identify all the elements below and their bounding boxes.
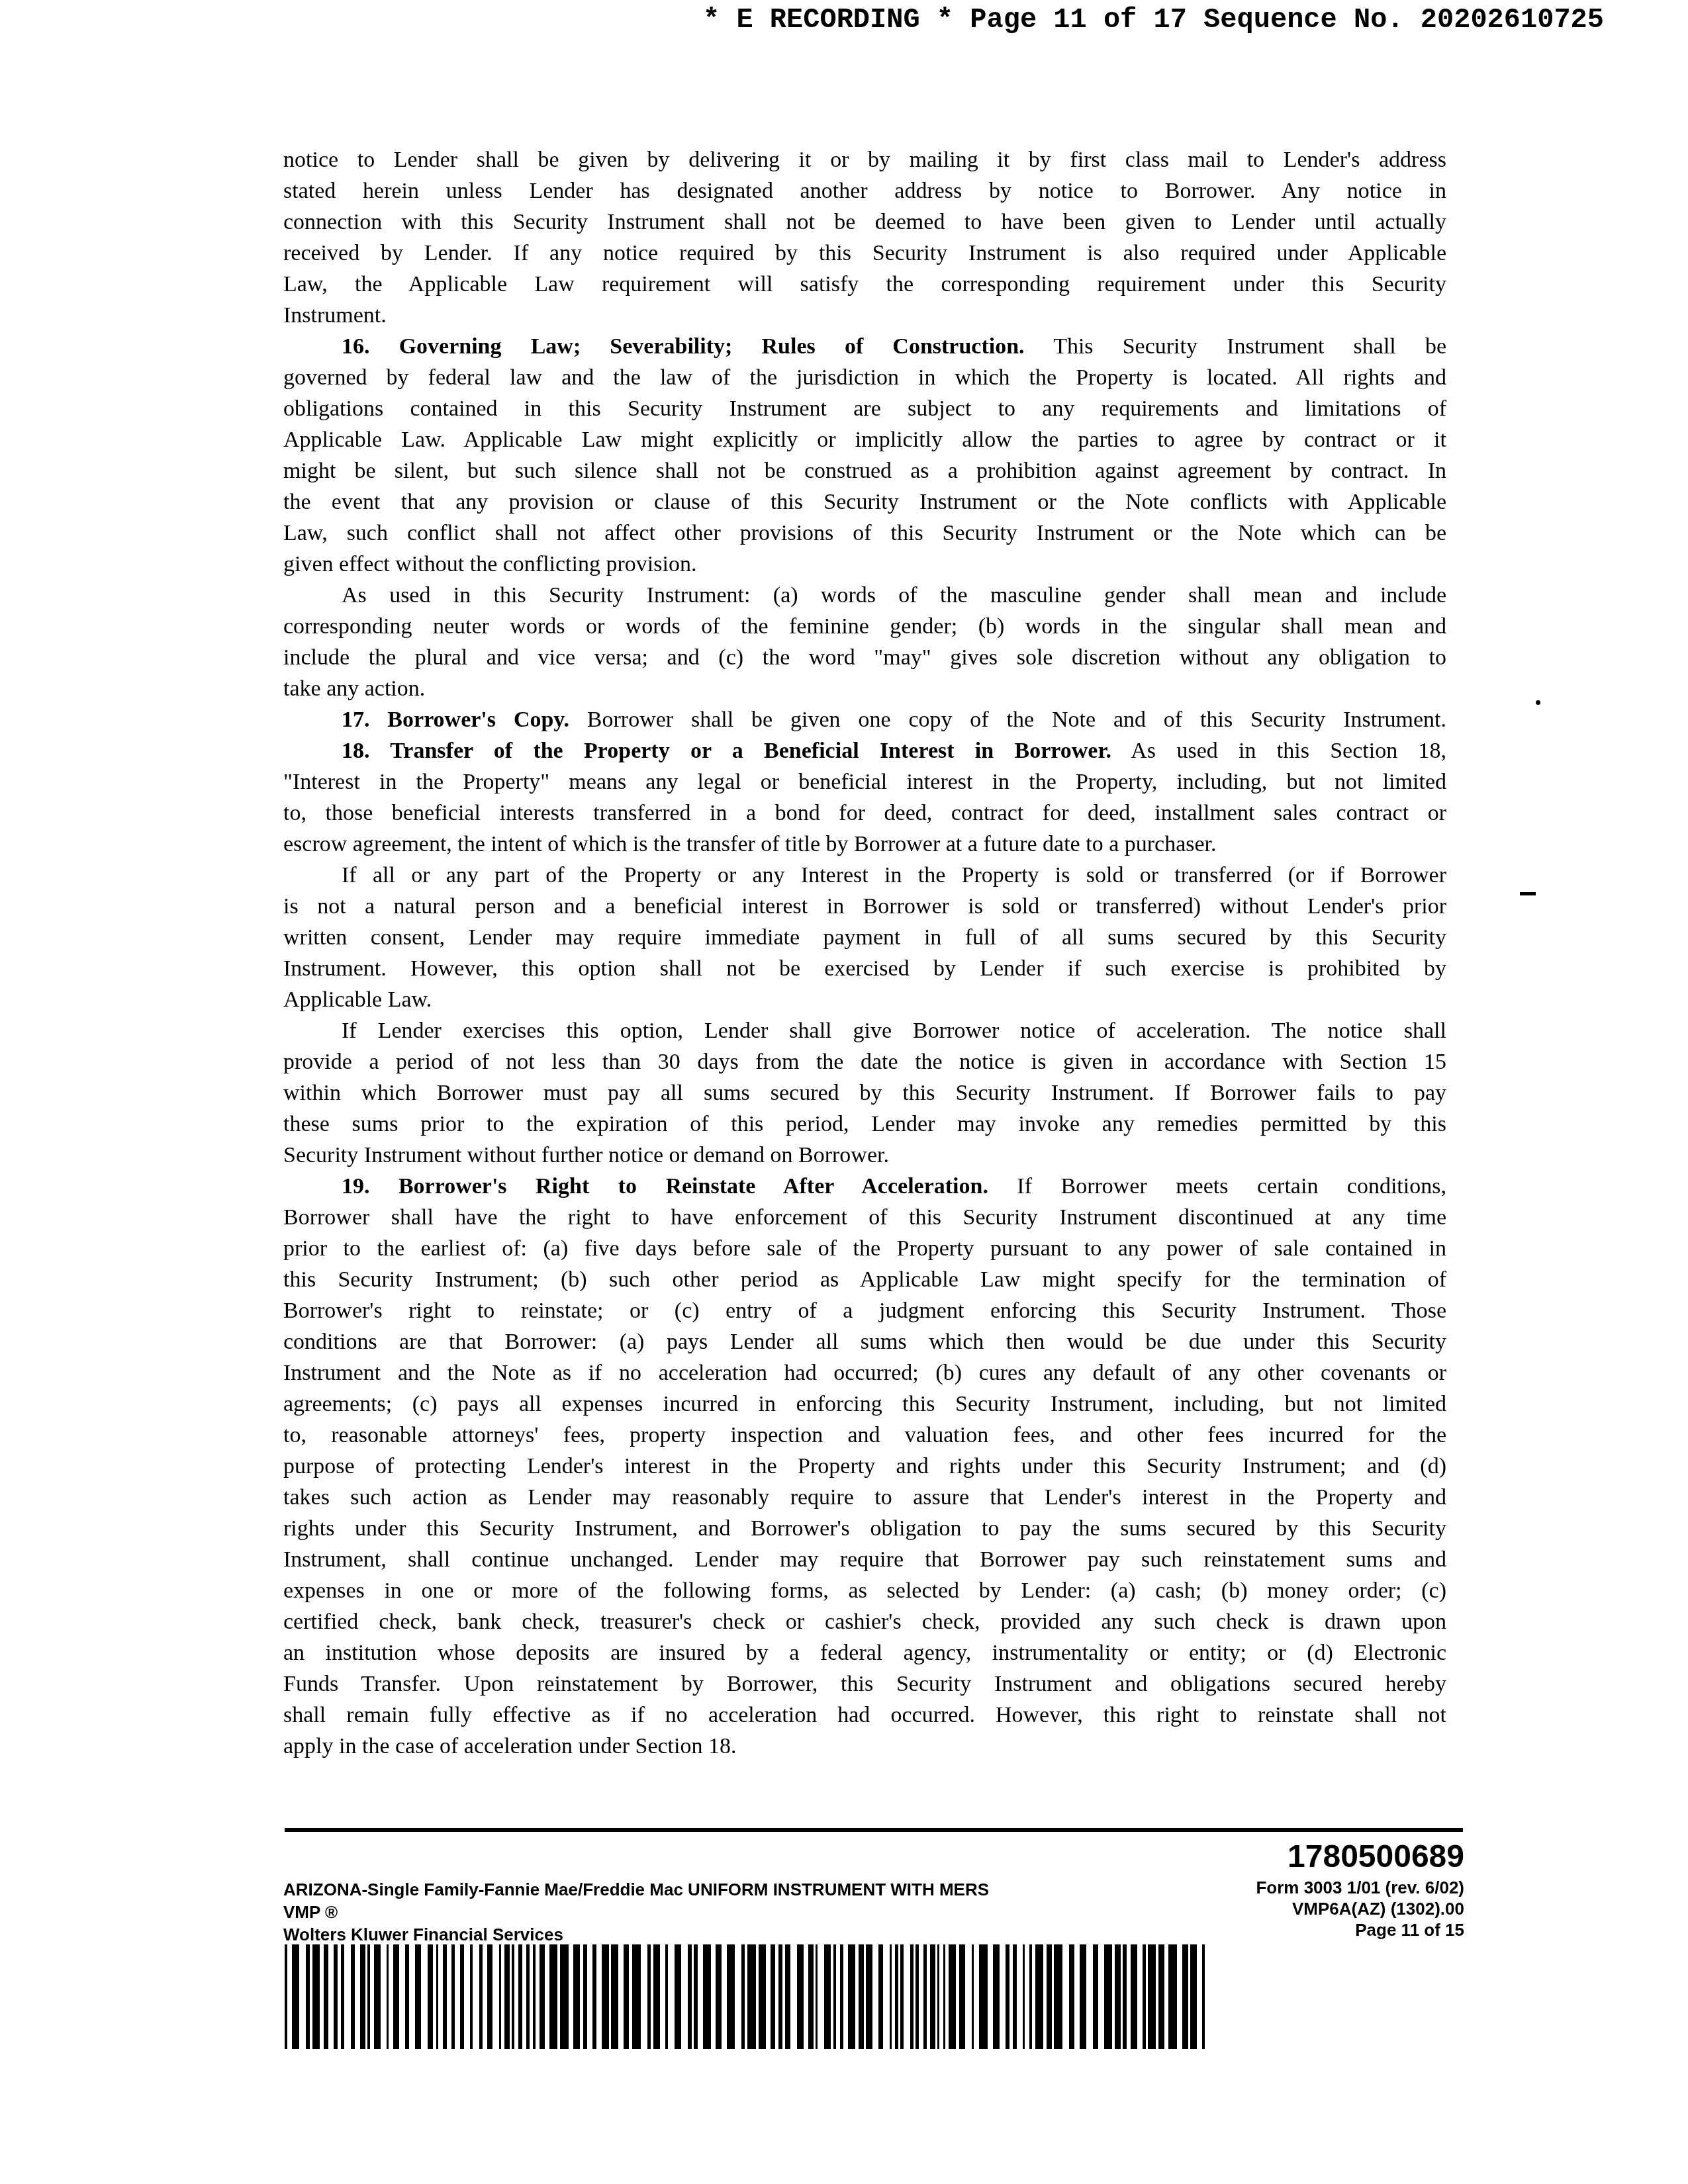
text-line: Security Instrument without further noti… bbox=[283, 1140, 1446, 1171]
barcode-bar bbox=[647, 1944, 651, 2049]
text-line: agreements; (c) pays all expenses incurr… bbox=[283, 1388, 1446, 1420]
barcode-bar bbox=[915, 1944, 919, 2049]
scan-speck-dot bbox=[1536, 700, 1540, 705]
text-line: As used in this Security Instrument: (a)… bbox=[283, 580, 1446, 611]
barcode-bar bbox=[1168, 1944, 1177, 2049]
barcode-bar bbox=[387, 1944, 389, 2049]
text-line: the event that any provision or clause o… bbox=[283, 486, 1446, 518]
barcode-bar bbox=[632, 1944, 641, 2049]
footer-vmp-label: VMP ® bbox=[283, 1901, 989, 1923]
barcode-bar bbox=[797, 1944, 804, 2049]
barcode-bar bbox=[451, 1944, 455, 2049]
barcode-bar bbox=[624, 1944, 629, 2049]
barcode-bar bbox=[716, 1944, 722, 2049]
text-line: Funds Transfer. Upon reinstatement by Bo… bbox=[283, 1668, 1446, 1700]
text-line: given effect without the conflicting pro… bbox=[283, 549, 1446, 580]
barcode-bar bbox=[1158, 1944, 1164, 2049]
text-run: prior to the earliest of: (a) five days … bbox=[283, 1236, 1446, 1261]
barcode-bar bbox=[479, 1944, 483, 2049]
text-line: stated herein unless Lender has designat… bbox=[283, 175, 1446, 206]
text-line: governed by federal law and the law of t… bbox=[283, 362, 1446, 393]
barcode-bar bbox=[665, 1944, 668, 2049]
barcode-bar bbox=[334, 1944, 338, 2049]
barcode-bar bbox=[688, 1944, 692, 2049]
text-run: expenses in one or more of the following… bbox=[283, 1578, 1446, 1603]
text-line: 16. Governing Law; Severability; Rules o… bbox=[283, 331, 1446, 362]
text-run: apply in the case of acceleration under … bbox=[283, 1734, 736, 1758]
barcode-bar bbox=[771, 1944, 775, 2049]
barcode-bar bbox=[747, 1944, 756, 2049]
barcode-bar bbox=[1069, 1944, 1074, 2049]
text-run: If Borrower meets certain conditions, bbox=[988, 1174, 1446, 1199]
text-run: takes such action as Lender may reasonab… bbox=[283, 1485, 1446, 1510]
text-run: Borrower's right to reinstate; or (c) en… bbox=[283, 1298, 1446, 1323]
text-line: 17. Borrower's Copy. Borrower shall be g… bbox=[283, 704, 1446, 735]
section-heading: 16. Governing Law; Severability; Rules o… bbox=[342, 334, 1025, 359]
barcode-bar bbox=[727, 1944, 735, 2049]
text-run: certified check, bank check, treasurer's… bbox=[283, 1610, 1446, 1634]
footer-form-number: Form 3003 1/01 (rev. 6/02) bbox=[1125, 1877, 1464, 1898]
footer-page-number: Page 11 of 15 bbox=[1125, 1919, 1464, 1940]
barcode-bar bbox=[312, 1944, 320, 2049]
text-run: Security Instrument without further noti… bbox=[283, 1143, 889, 1167]
text-line: escrow agreement, the intent of which is… bbox=[283, 829, 1446, 860]
text-run: Applicable Law. Applicable Law might exp… bbox=[283, 428, 1446, 452]
text-run: "Interest in the Property" means any leg… bbox=[283, 770, 1446, 794]
text-line: within which Borrower must pay all sums … bbox=[283, 1077, 1446, 1109]
barcode-bar bbox=[443, 1944, 447, 2049]
barcode-bar bbox=[993, 1944, 1000, 2049]
text-run: As used in this Security Instrument: (a)… bbox=[342, 583, 1446, 608]
barcode-bar bbox=[533, 1944, 536, 2049]
text-line: 18. Transfer of the Property or a Benefi… bbox=[283, 735, 1446, 766]
text-line: shall remain fully effective as if no ac… bbox=[283, 1700, 1446, 1731]
text-line: written consent, Lender may require imme… bbox=[283, 922, 1446, 953]
paragraph: 16. Governing Law; Severability; Rules o… bbox=[283, 331, 1446, 580]
text-line: takes such action as Lender may reasonab… bbox=[283, 1482, 1446, 1513]
paragraph: 18. Transfer of the Property or a Benefi… bbox=[283, 735, 1446, 860]
barcode-bar bbox=[1054, 1944, 1062, 2049]
barcode-bar bbox=[1047, 1944, 1052, 2049]
barcode-bar bbox=[1023, 1944, 1025, 2049]
text-run: governed by federal law and the law of t… bbox=[283, 365, 1446, 390]
document-page: * E RECORDING * Page 11 of 17 Sequence N… bbox=[0, 0, 1688, 2184]
barcode-bar bbox=[1190, 1944, 1197, 2049]
footer-left-block: ARIZONA-Single Family-Fannie Mae/Freddie… bbox=[283, 1878, 989, 1946]
text-run: conditions are that Borrower: (a) pays L… bbox=[283, 1330, 1446, 1354]
barcode-bar bbox=[374, 1944, 381, 2049]
barcode-bar bbox=[1029, 1944, 1032, 2049]
text-run: include the plural and vice versa; and (… bbox=[283, 645, 1446, 670]
text-run: an institution whose deposits are insure… bbox=[283, 1641, 1446, 1665]
barcode-bar bbox=[341, 1944, 344, 2049]
footer-form-name: ARIZONA-Single Family-Fannie Mae/Freddie… bbox=[283, 1878, 989, 1901]
text-run: As used in this Section 18, bbox=[1111, 739, 1446, 763]
section-heading: 18. Transfer of the Property or a Benefi… bbox=[342, 739, 1111, 763]
barcode-bar bbox=[1093, 1944, 1098, 2049]
text-run: agreements; (c) pays all expenses incurr… bbox=[283, 1392, 1446, 1416]
barcode-bar bbox=[808, 1944, 814, 2049]
barcode-bar bbox=[923, 1944, 927, 2049]
barcode-bar bbox=[741, 1944, 745, 2049]
text-line: connection with this Security Instrument… bbox=[283, 206, 1446, 238]
text-run: within which Borrower must pay all sums … bbox=[283, 1081, 1446, 1105]
text-line: If Lender exercises this option, Lender … bbox=[283, 1015, 1446, 1046]
barcode-bar bbox=[436, 1944, 438, 2049]
barcode-bar bbox=[470, 1944, 473, 2049]
text-run: corresponding neuter words or words of t… bbox=[283, 614, 1446, 639]
barcode-bar bbox=[937, 1944, 939, 2049]
barcode-bar bbox=[759, 1944, 766, 2049]
text-line: Instrument and the Note as if no acceler… bbox=[283, 1357, 1446, 1388]
barcode bbox=[285, 1944, 1205, 2049]
barcode-bar bbox=[1080, 1944, 1086, 2049]
barcode-bar bbox=[306, 1944, 310, 2049]
text-run: stated herein unless Lender has designat… bbox=[283, 179, 1446, 203]
recording-header: * E RECORDING * Page 11 of 17 Sequence N… bbox=[703, 4, 1604, 36]
text-run: Instrument. bbox=[283, 303, 387, 328]
text-line: is not a natural person and a beneficial… bbox=[283, 891, 1446, 922]
text-line: Law, the Applicable Law requirement will… bbox=[283, 269, 1446, 300]
text-run: might be silent, but such silence shall … bbox=[283, 459, 1446, 483]
barcode-bar bbox=[324, 1944, 328, 2049]
text-line: Instrument. bbox=[283, 300, 1446, 331]
text-line: expenses in one or more of the following… bbox=[283, 1575, 1446, 1606]
text-line: rights under this Security Instrument, a… bbox=[283, 1513, 1446, 1544]
text-run: Instrument and the Note as if no acceler… bbox=[283, 1361, 1446, 1385]
barcode-bar bbox=[1143, 1944, 1146, 2049]
section-heading: 19. Borrower's Right to Reinstate After … bbox=[342, 1174, 988, 1199]
barcode-bar bbox=[1202, 1944, 1205, 2049]
barcode-bar bbox=[943, 1944, 945, 2049]
text-run: If Lender exercises this option, Lender … bbox=[342, 1019, 1446, 1043]
text-line: Law, such conflict shall not affect othe… bbox=[283, 518, 1446, 549]
text-run: given effect without the conflicting pro… bbox=[283, 552, 696, 576]
barcode-bar bbox=[848, 1944, 855, 2049]
barcode-bar bbox=[499, 1944, 501, 2049]
barcode-bar bbox=[949, 1944, 956, 2049]
barcode-bar bbox=[778, 1944, 782, 2049]
barcode-bar bbox=[840, 1944, 843, 2049]
barcode-bar bbox=[1131, 1944, 1137, 2049]
barcode-bar bbox=[878, 1944, 883, 2049]
text-line: Borrower's right to reinstate; or (c) en… bbox=[283, 1295, 1446, 1326]
barcode-bar bbox=[573, 1944, 580, 2049]
barcode-bar bbox=[487, 1944, 492, 2049]
barcode-bar bbox=[930, 1944, 935, 2049]
barcode-bar bbox=[367, 1944, 370, 2049]
barcode-bar bbox=[518, 1944, 522, 2049]
text-run: escrow agreement, the intent of which is… bbox=[283, 832, 1217, 856]
reference-number: 1780500689 bbox=[1125, 1839, 1464, 1875]
text-line: Instrument. However, this option shall n… bbox=[283, 953, 1446, 984]
footer-rule bbox=[285, 1828, 1463, 1832]
text-run: is not a natural person and a beneficial… bbox=[283, 894, 1446, 919]
text-line: include the plural and vice versa; and (… bbox=[283, 642, 1446, 673]
text-run: written consent, Lender may require imme… bbox=[283, 925, 1446, 950]
text-line: to, those beneficial interests transferr… bbox=[283, 797, 1446, 829]
barcode-bar bbox=[1035, 1944, 1043, 2049]
barcode-bar bbox=[393, 1944, 399, 2049]
text-line: might be silent, but such silence shall … bbox=[283, 455, 1446, 486]
text-run: Borrower shall have the right to have en… bbox=[283, 1205, 1446, 1230]
text-line: prior to the earliest of: (a) five days … bbox=[283, 1233, 1446, 1264]
text-line: this Security Instrument; (b) such other… bbox=[283, 1264, 1446, 1295]
barcode-bar bbox=[351, 1944, 355, 2049]
barcode-bar bbox=[1013, 1944, 1017, 2049]
text-run: provide a period of not less than 30 day… bbox=[283, 1050, 1446, 1074]
text-run: these sums prior to the expiration of th… bbox=[283, 1112, 1446, 1136]
text-line: "Interest in the Property" means any leg… bbox=[283, 766, 1446, 797]
text-run: Law, such conflict shall not affect othe… bbox=[283, 521, 1446, 545]
text-line: received by Lender. If any notice requir… bbox=[283, 238, 1446, 269]
barcode-bar bbox=[611, 1944, 618, 2049]
barcode-bar bbox=[549, 1944, 557, 2049]
barcode-bar bbox=[895, 1944, 898, 2049]
paragraph: 19. Borrower's Right to Reinstate After … bbox=[283, 1171, 1446, 1762]
barcode-bar bbox=[972, 1944, 974, 2049]
text-line: obligations contained in this Security I… bbox=[283, 393, 1446, 424]
barcode-bar bbox=[405, 1944, 409, 2049]
section-heading: 17. Borrower's Copy. bbox=[342, 707, 569, 732]
text-line: take any action. bbox=[283, 673, 1446, 704]
footer-company-name: Wolters Kluwer Financial Services bbox=[283, 1923, 989, 1946]
barcode-bar bbox=[866, 1944, 872, 2049]
text-line: notice to Lender shall be given by deliv… bbox=[283, 144, 1446, 175]
text-run: connection with this Security Instrument… bbox=[283, 210, 1446, 234]
text-run: take any action. bbox=[283, 676, 425, 701]
barcode-bar bbox=[824, 1944, 831, 2049]
text-line: an institution whose deposits are insure… bbox=[283, 1637, 1446, 1668]
text-run: this Security Instrument; (b) such other… bbox=[283, 1267, 1446, 1292]
barcode-bar bbox=[1148, 1944, 1156, 2049]
text-line: conditions are that Borrower: (a) pays L… bbox=[283, 1326, 1446, 1357]
barcode-bar bbox=[592, 1944, 596, 2049]
barcode-bar bbox=[816, 1944, 818, 2049]
text-line: certified check, bank check, treasurer's… bbox=[283, 1606, 1446, 1637]
barcode-bar bbox=[785, 1944, 790, 2049]
barcode-bar bbox=[415, 1944, 421, 2049]
paragraph: notice to Lender shall be given by deliv… bbox=[283, 144, 1446, 331]
barcode-bar bbox=[1123, 1944, 1127, 2049]
paragraph: 17. Borrower's Copy. Borrower shall be g… bbox=[283, 704, 1446, 735]
text-line: Applicable Law. Applicable Law might exp… bbox=[283, 424, 1446, 455]
text-run: Funds Transfer. Upon reinstatement by Bo… bbox=[283, 1672, 1446, 1696]
text-run: purpose of protecting Lender's interest … bbox=[283, 1454, 1446, 1479]
barcode-bar bbox=[460, 1944, 464, 2049]
text-run: to, those beneficial interests transferr… bbox=[283, 801, 1446, 825]
text-run: Instrument. However, this option shall n… bbox=[283, 956, 1446, 981]
scan-speck-dash bbox=[1520, 892, 1536, 895]
barcode-bar bbox=[360, 1944, 365, 2049]
barcode-bar bbox=[694, 1944, 698, 2049]
text-line: If all or any part of the Property or an… bbox=[283, 860, 1446, 891]
text-run: to, reasonable attorneys' fees, property… bbox=[283, 1423, 1446, 1447]
text-run: rights under this Security Instrument, a… bbox=[283, 1516, 1446, 1541]
text-run: obligations contained in this Security I… bbox=[283, 396, 1446, 421]
text-run: Applicable Law. bbox=[283, 987, 432, 1012]
barcode-bar bbox=[560, 1944, 569, 2049]
barcode-bar bbox=[428, 1944, 433, 2049]
text-run: Law, the Applicable Law requirement will… bbox=[283, 272, 1446, 296]
text-run: Instrument, shall continue unchanged. Le… bbox=[283, 1547, 1446, 1572]
barcode-bar bbox=[526, 1944, 530, 2049]
text-line: apply in the case of acceleration under … bbox=[283, 1731, 1446, 1762]
barcode-bar bbox=[1182, 1944, 1188, 2049]
text-line: Applicable Law. bbox=[283, 984, 1446, 1015]
barcode-bar bbox=[833, 1944, 836, 2049]
text-line: corresponding neuter words or words of t… bbox=[283, 611, 1446, 642]
text-line: provide a period of not less than 30 day… bbox=[283, 1046, 1446, 1077]
barcode-bar bbox=[900, 1944, 904, 2049]
barcode-bar bbox=[959, 1944, 965, 2049]
paragraph: If Lender exercises this option, Lender … bbox=[283, 1015, 1446, 1171]
text-line: Borrower shall have the right to have en… bbox=[283, 1202, 1446, 1233]
text-line: 19. Borrower's Right to Reinstate After … bbox=[283, 1171, 1446, 1202]
barcode-bar bbox=[890, 1944, 892, 2049]
barcode-bar bbox=[1115, 1944, 1121, 2049]
body-text: notice to Lender shall be given by deliv… bbox=[283, 144, 1446, 1762]
barcode-bar bbox=[675, 1944, 681, 2049]
barcode-bar bbox=[539, 1944, 545, 2049]
barcode-bar bbox=[1006, 1944, 1009, 2049]
text-line: purpose of protecting Lender's interest … bbox=[283, 1451, 1446, 1482]
text-run: Borrower shall be given one copy of the … bbox=[569, 707, 1446, 732]
barcode-bar bbox=[653, 1944, 660, 2049]
footer-vmp-form-code: VMP6A(AZ) (1302).00 bbox=[1125, 1898, 1464, 1919]
paragraph: As used in this Security Instrument: (a)… bbox=[283, 580, 1446, 704]
footer-right-block: Form 3003 1/01 (rev. 6/02) VMP6A(AZ) (13… bbox=[1125, 1877, 1464, 1940]
text-run: received by Lender. If any notice requir… bbox=[283, 241, 1446, 265]
barcode-bar bbox=[703, 1944, 711, 2049]
text-run: shall remain fully effective as if no ac… bbox=[283, 1703, 1446, 1727]
text-line: these sums prior to the expiration of th… bbox=[283, 1109, 1446, 1140]
barcode-bar bbox=[583, 1944, 587, 2049]
barcode-bar bbox=[292, 1944, 299, 2049]
barcode-bar bbox=[979, 1944, 988, 2049]
barcode-bar bbox=[512, 1944, 514, 2049]
paragraph: If all or any part of the Property or an… bbox=[283, 860, 1446, 1015]
barcode-bar bbox=[602, 1944, 609, 2049]
barcode-bar bbox=[859, 1944, 864, 2049]
barcode-bar bbox=[1104, 1944, 1112, 2049]
text-run: If all or any part of the Property or an… bbox=[342, 863, 1446, 887]
text-run: the event that any provision or clause o… bbox=[283, 490, 1446, 514]
text-run: notice to Lender shall be given by deliv… bbox=[283, 148, 1446, 172]
text-run: This Security Instrument shall be bbox=[1025, 334, 1446, 359]
barcode-bar bbox=[285, 1944, 287, 2049]
barcode-bar bbox=[910, 1944, 914, 2049]
text-line: to, reasonable attorneys' fees, property… bbox=[283, 1420, 1446, 1451]
text-line: Instrument, shall continue unchanged. Le… bbox=[283, 1544, 1446, 1575]
barcode-bar bbox=[504, 1944, 510, 2049]
